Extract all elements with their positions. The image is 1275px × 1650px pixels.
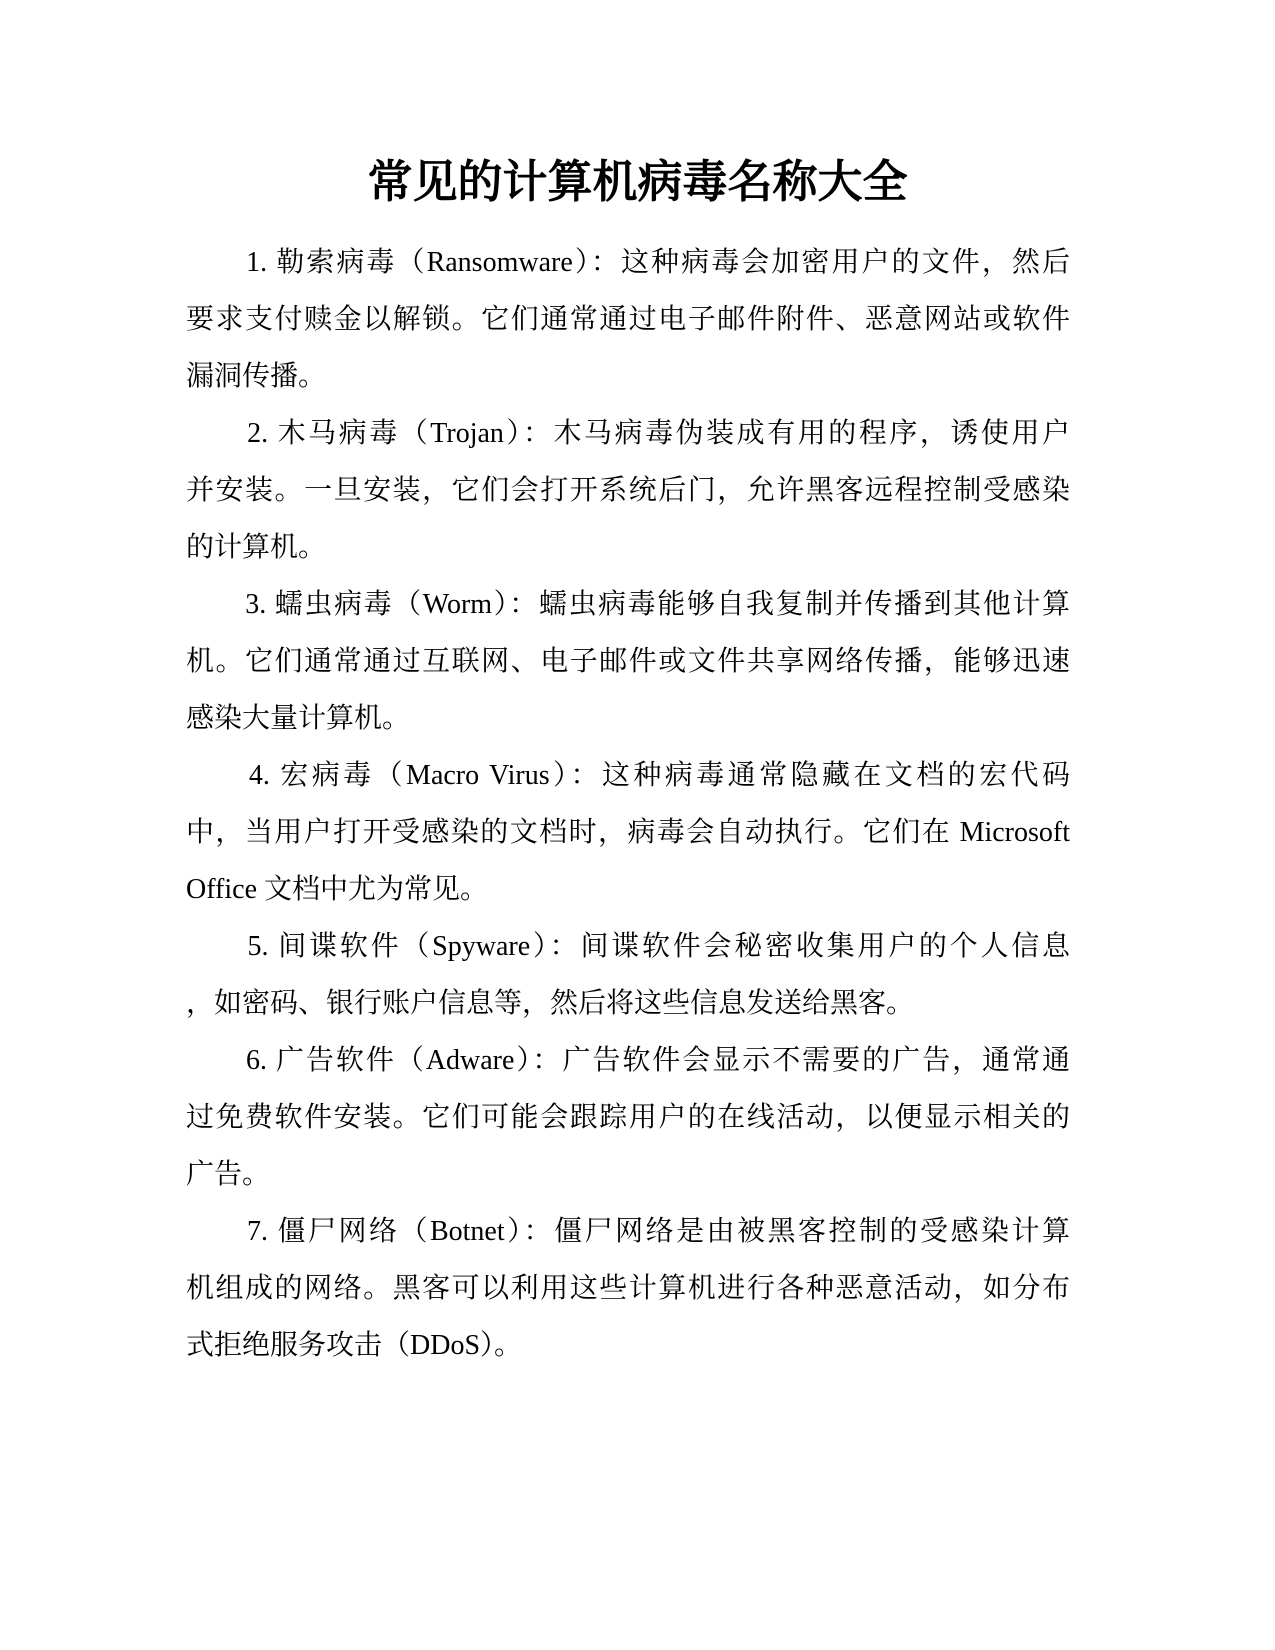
body-line: 广告。 <box>186 1146 1070 1203</box>
paragraph: 5. 间谍软件（Spyware）：间谍软件会秘密收集用户的个人信息，如密码、银行… <box>186 918 1070 1032</box>
paragraph: 6. 广告软件（Adware）：广告软件会显示不需要的广告，通常通过免费软件安装… <box>186 1032 1070 1203</box>
body-line: 要求支付赎金以解锁。它们通常通过电子邮件附件、恶意网站或软件 <box>186 291 1070 348</box>
body-line: 6. 广告软件（Adware）：广告软件会显示不需要的广告，通常通 <box>186 1032 1070 1089</box>
body-line: ，如密码、银行账户信息等，然后将这些信息发送给黑客。 <box>186 975 1070 1032</box>
body-line: 机。它们通常通过互联网、电子邮件或文件共享网络传播，能够迅速 <box>186 633 1070 690</box>
body-line: 3. 蠕虫病毒（Worm）：蠕虫病毒能够自我复制并传播到其他计算 <box>186 576 1070 633</box>
body-line: 漏洞传播。 <box>186 348 1070 405</box>
body-line: 中，当用户打开受感染的文档时，病毒会自动执行。它们在 Microsoft <box>186 804 1070 861</box>
body-line: 的计算机。 <box>186 519 1070 576</box>
body-line: 机组成的网络。黑客可以利用这些计算机进行各种恶意活动，如分布 <box>186 1260 1070 1317</box>
body-line: 过免费软件安装。它们可能会跟踪用户的在线活动，以便显示相关的 <box>186 1089 1070 1146</box>
paragraph: 3. 蠕虫病毒（Worm）：蠕虫病毒能够自我复制并传播到其他计算机。它们通常通过… <box>186 576 1070 747</box>
document-body: 1. 勒索病毒（Ransomware）：这种病毒会加密用户的文件，然后要求支付赎… <box>186 234 1070 1374</box>
body-line: 2. 木马病毒（Trojan）：木马病毒伪装成有用的程序，诱使用户 <box>186 405 1070 462</box>
body-line: 4. 宏病毒（Macro Virus）：这种病毒通常隐藏在文档的宏代码 <box>186 747 1070 804</box>
paragraph: 7. 僵尸网络（Botnet）：僵尸网络是由被黑客控制的受感染计算机组成的网络。… <box>186 1203 1070 1374</box>
body-line: 并安装。一旦安装，它们会打开系统后门，允许黑客远程控制受感染 <box>186 462 1070 519</box>
document-page: 常见的计算机病毒名称大全 1. 勒索病毒（Ransomware）：这种病毒会加密… <box>0 0 1275 1650</box>
body-line: 1. 勒索病毒（Ransomware）：这种病毒会加密用户的文件，然后 <box>186 234 1070 291</box>
body-line: 7. 僵尸网络（Botnet）：僵尸网络是由被黑客控制的受感染计算 <box>186 1203 1070 1260</box>
body-line: 5. 间谍软件（Spyware）：间谍软件会秘密收集用户的个人信息 <box>186 918 1070 975</box>
body-line: 式拒绝服务攻击（DDoS）。 <box>186 1317 1070 1374</box>
body-line: 感染大量计算机。 <box>186 690 1070 747</box>
paragraph: 4. 宏病毒（Macro Virus）：这种病毒通常隐藏在文档的宏代码中，当用户… <box>186 747 1070 918</box>
paragraph: 1. 勒索病毒（Ransomware）：这种病毒会加密用户的文件，然后要求支付赎… <box>186 234 1070 405</box>
body-line: Office 文档中尤为常见。 <box>186 861 1070 918</box>
paragraph: 2. 木马病毒（Trojan）：木马病毒伪装成有用的程序，诱使用户并安装。一旦安… <box>186 405 1070 576</box>
document-title: 常见的计算机病毒名称大全 <box>0 151 1275 213</box>
